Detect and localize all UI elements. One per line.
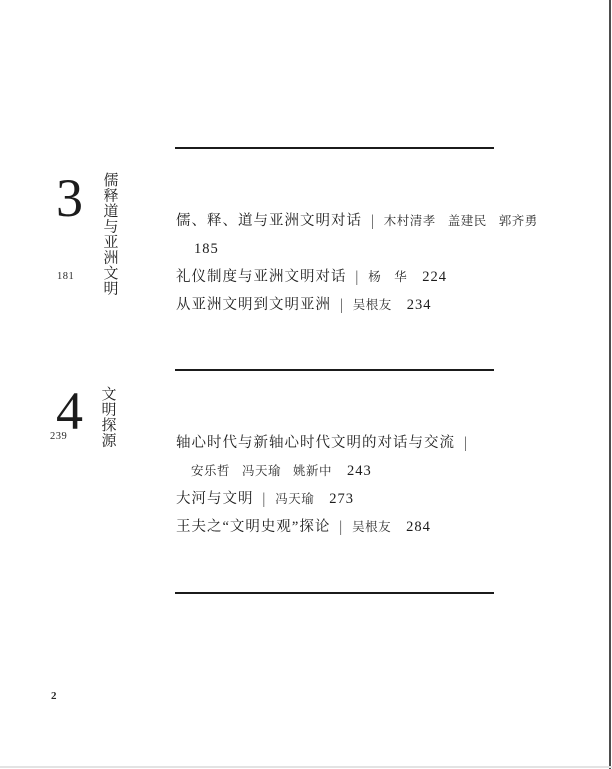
entry-page-number: 243 (347, 463, 372, 479)
entry-title: 轴心时代与新轴心时代文明的对话与交流 (176, 435, 455, 451)
chapter-entries-list: 儒、释、道与亚洲文明对话|木村清孝盖建民郭齐勇185礼仪制度与亚洲文明对话|杨 … (176, 207, 536, 319)
toc-entry-line: 185 (176, 235, 536, 263)
entry-page-number: 185 (194, 241, 219, 257)
chapter-start-page: 239 (50, 431, 67, 442)
entry-page-number: 284 (406, 519, 431, 535)
entry-title: 从亚洲文明到文明亚洲 (176, 297, 331, 313)
entry-author: 郭齐勇 (499, 214, 538, 228)
entry-author: 姚新中 (293, 464, 332, 478)
toc-entry-line: 轴心时代与新轴心时代文明的对话与交流| (176, 429, 536, 457)
toc-entry-line: 儒、释、道与亚洲文明对话|木村清孝盖建民郭齐勇 (176, 207, 536, 235)
toc-entry-line: 安乐哲冯天瑜姚新中243 (176, 457, 536, 485)
entry-author: 木村清孝 (384, 214, 436, 228)
entry-title: 礼仪制度与亚洲文明对话 (176, 269, 347, 285)
separator-bar: | (339, 511, 342, 543)
separator-bar: | (464, 427, 467, 459)
separator-bar: | (340, 289, 343, 321)
entry-author: 安乐哲 (191, 464, 230, 478)
toc-entry: 从亚洲文明到文明亚洲|吴根友234 (176, 291, 536, 319)
page-folio: 2 (51, 690, 57, 702)
entry-title: 儒、释、道与亚洲文明对话 (176, 213, 362, 229)
section-divider-rule-bottom (175, 592, 494, 594)
entry-author: 吴根友 (352, 520, 391, 534)
separator-bar: | (371, 205, 374, 237)
separator-bar: | (356, 261, 359, 293)
entry-author: 冯天瑜 (275, 492, 314, 506)
toc-entry-line: 礼仪制度与亚洲文明对话|杨 华224 (176, 263, 536, 291)
entry-title: 王夫之“文明史观”探论 (176, 519, 330, 535)
scan-edge-right (609, 0, 611, 769)
chapter-vertical-title: 儒释道与亚洲文明 (101, 172, 118, 296)
entry-author: 冯天瑜 (242, 464, 281, 478)
toc-entry-line: 大河与文明|冯天瑜273 (176, 485, 536, 513)
toc-entry: 轴心时代与新轴心时代文明的对话与交流|安乐哲冯天瑜姚新中243 (176, 429, 536, 485)
chapter-number: 3 (56, 171, 83, 225)
entry-page-number: 234 (407, 297, 432, 313)
chapter-entries-list: 轴心时代与新轴心时代文明的对话与交流|安乐哲冯天瑜姚新中243大河与文明|冯天瑜… (176, 429, 536, 541)
toc-entry: 大河与文明|冯天瑜273 (176, 485, 536, 513)
entry-title: 大河与文明 (176, 491, 254, 507)
scan-edge-bottom (0, 766, 612, 768)
entry-author: 杨 华 (368, 270, 407, 284)
toc-entry: 礼仪制度与亚洲文明对话|杨 华224 (176, 263, 536, 291)
toc-entry: 儒、释、道与亚洲文明对话|木村清孝盖建民郭齐勇185 (176, 207, 536, 263)
entry-page-number: 273 (329, 491, 354, 507)
chapter-number: 4 (56, 384, 83, 438)
section-divider-rule-middle (175, 369, 494, 371)
toc-entry: 王夫之“文明史观”探论|吴根友284 (176, 513, 536, 541)
section-divider-rule-top (175, 147, 494, 149)
entry-author: 盖建民 (448, 214, 487, 228)
entry-page-number: 224 (422, 269, 447, 285)
chapter-start-page: 181 (57, 271, 74, 282)
entry-author: 吴根友 (353, 298, 392, 312)
toc-page: 3 儒释道与亚洲文明 181 儒、释、道与亚洲文明对话|木村清孝盖建民郭齐勇18… (0, 0, 612, 769)
chapter-vertical-title: 文明探源 (99, 386, 116, 448)
toc-entry-line: 王夫之“文明史观”探论|吴根友284 (176, 513, 536, 541)
toc-entry-line: 从亚洲文明到文明亚洲|吴根友234 (176, 291, 536, 319)
separator-bar: | (263, 483, 266, 515)
